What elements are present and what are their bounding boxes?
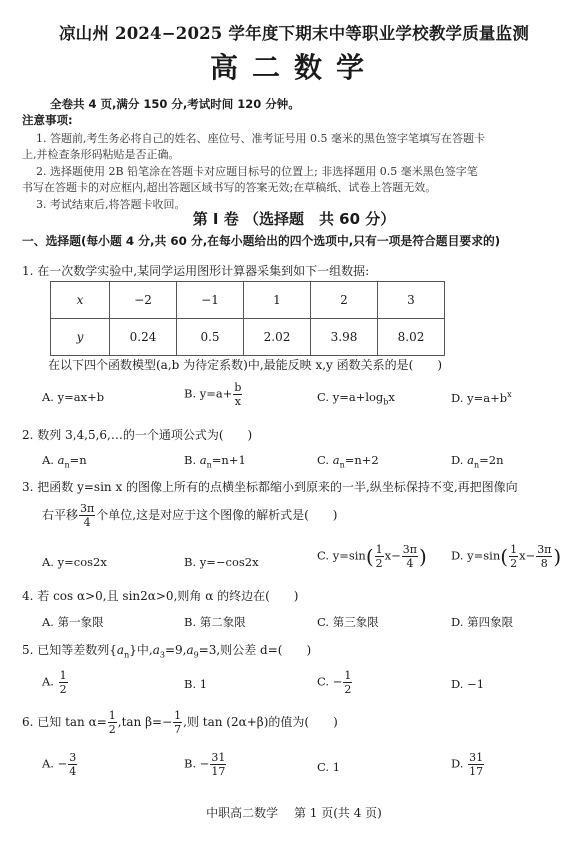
notice-item: 书写在答题卡的对应框内,超出答题区域书写的答案无效;在草稿纸、试卷上答题无效。 (22, 179, 436, 195)
question-1-stem: 1. 在一次数学实验中,某同学运用图形计算器采集到如下一组数据: (22, 262, 369, 279)
q5-option-d[interactable]: D. −1 (451, 677, 484, 691)
notice-item: 上,并检查条形码粘贴是否正确。 (22, 146, 180, 162)
q5-option-a[interactable]: A. 12 (42, 670, 69, 695)
table-cell: 2 (311, 282, 378, 319)
fraction: 3π4 (79, 503, 95, 528)
q6-option-c[interactable]: C. 1 (317, 760, 340, 774)
table-cell: −2 (110, 282, 177, 319)
q6-option-b[interactable]: B. −3117 (184, 752, 227, 777)
option-text: B. y=a+ (184, 387, 232, 401)
table-cell: 0.5 (177, 319, 244, 356)
q4-option-d[interactable]: D. 第四象限 (451, 614, 513, 630)
q1-option-c[interactable]: C. y=a+logbx (317, 390, 395, 406)
table-row-x: x −2 −1 1 2 3 (51, 282, 445, 319)
q2-option-d[interactable]: D. an=2n (451, 453, 504, 469)
q6-option-a[interactable]: A. −34 (42, 752, 78, 777)
table-header-y: y (51, 319, 110, 356)
data-table: x −2 −1 1 2 3 y 0.24 0.5 2.02 3.98 8.02 (50, 281, 445, 356)
subject-title: 高二数学 (0, 46, 588, 86)
q2-option-b[interactable]: B. an=n+1 (184, 453, 246, 469)
question-1-follow: 在以下四个函数模型(a,b 为待定系数)中,最能反映 x,y 函数关系的是( ) (48, 356, 442, 373)
q5-option-c[interactable]: C. −12 (317, 670, 353, 695)
question-6-stem: 6. 已知 tan α=12,tan β=−17,则 tan (2α+β)的值为… (22, 710, 338, 735)
table-cell: 2.02 (244, 319, 311, 356)
page-footer: 中职高二数学 第 1 页(共 4 页) (0, 804, 588, 821)
q6-option-d[interactable]: D. 3117 (451, 752, 485, 777)
table-cell: 3 (378, 282, 445, 319)
section-description: 一、选择题(每小题 4 分,共 60 分,在每小题给出的四个选项中,只有一项是符… (22, 232, 500, 249)
question-5-stem: 5. 已知等差数列{an}中,a3=9,a9=3,则公差 d=( ) (22, 641, 311, 659)
q1-option-b[interactable]: B. y=a+bx (184, 382, 243, 407)
table-cell: 3.98 (311, 319, 378, 356)
question-2-stem: 2. 数列 3,4,5,6,…的一个通项公式为( ) (22, 426, 252, 443)
q4-option-b[interactable]: B. 第二象限 (184, 614, 246, 630)
table-cell: 8.02 (378, 319, 445, 356)
fraction: bx (233, 382, 242, 407)
exam-info: 全卷共 4 页,满分 150 分,考试时间 120 分钟。 (50, 96, 300, 112)
question-3-stem: 3. 把函数 y=sin x 的图像上所有的点横坐标都缩小到原来的一半,纵坐标保… (22, 478, 518, 495)
table-row-y: y 0.24 0.5 2.02 3.98 8.02 (51, 319, 445, 356)
q3-option-d[interactable]: D. y=sin(12x−3π8) (451, 544, 561, 569)
question-4-stem: 4. 若 cos α>0,且 sin2α>0,则角 α 的终边在( ) (22, 587, 298, 604)
q3-option-b[interactable]: B. y=−cos2x (184, 555, 259, 569)
q1-option-a[interactable]: A. y=ax+b (42, 390, 104, 404)
notice-item: 1. 答题前,考生务必将自己的姓名、座位号、准考证号用 0.5 毫米的黑色签字笔… (36, 130, 485, 146)
q3-option-a[interactable]: A. y=cos2x (42, 555, 107, 569)
table-cell: −1 (177, 282, 244, 319)
notice-heading: 注意事项: (22, 112, 73, 128)
table-cell: 0.24 (110, 319, 177, 356)
question-3-line2: 右平移3π4个单位,这是对应于这个图像的解析式是( ) (42, 503, 337, 528)
q5-option-b[interactable]: B. 1 (184, 677, 207, 691)
exam-title: 凉山州 2024−2025 学年度下期末中等职业学校教学质量监测 (0, 20, 588, 44)
q4-option-c[interactable]: C. 第三象限 (317, 614, 379, 630)
table-cell: 1 (244, 282, 311, 319)
q2-option-a[interactable]: A. an=n (42, 453, 87, 469)
section-title: 第 Ⅰ 卷 （选择题 共 60 分） (0, 208, 588, 229)
notice-item: 2. 选择题使用 2B 铅笔涂在答题卡对应题目标号的位置上; 非选择题用 0.5… (36, 163, 478, 179)
q3-option-c[interactable]: C. y=sin(12x−3π4) (317, 544, 427, 569)
q2-option-c[interactable]: C. an=n+2 (317, 453, 379, 469)
q4-option-a[interactable]: A. 第一象限 (42, 614, 104, 630)
table-header-x: x (51, 282, 110, 319)
q1-option-d[interactable]: D. y=a+bx (451, 390, 512, 405)
